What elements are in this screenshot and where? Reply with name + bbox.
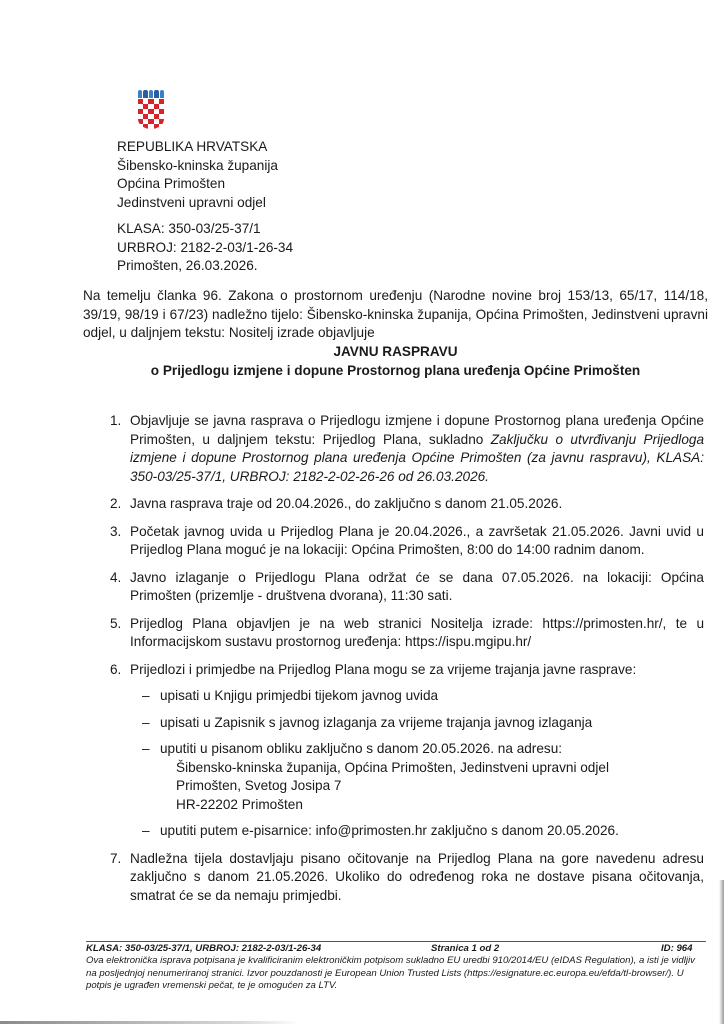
dash-bullet: – (142, 740, 150, 759)
sub-item-text: uputiti u pisanom obliku zaključno s dan… (160, 741, 562, 756)
address-line: Primošten, Svetog Josipa 7 (176, 777, 704, 796)
item-number: 6. (110, 661, 121, 680)
list-item: 3. Početak javnog uvida u Prijedlog Plan… (104, 523, 704, 560)
footer-klasa: KLASA: 350-03/25-37/1, URBROJ: 2182-2-03… (86, 943, 431, 955)
dash-bullet: – (142, 714, 150, 733)
item-text: Prijedlozi i primjedbe na Prijedlog Plan… (130, 661, 704, 680)
list-item: 1. Objavljuje se javna rasprava o Prijed… (104, 412, 704, 486)
intro-paragraph: Na temelju članka 96. Zakona o prostorno… (83, 287, 708, 343)
issuer-department: Jedinstveni upravni odjel (117, 194, 293, 213)
scan-edge-shadow (719, 880, 724, 1024)
address-line: Šibensko-kninska županija, Općina Primoš… (176, 759, 704, 778)
sub-item-text: upisati u Knjigu primjedbi tijekom javno… (160, 688, 438, 703)
item-number: 3. (110, 523, 121, 542)
item-number: 4. (110, 569, 121, 588)
item-text: Prijedlog Plana objavljen je na web stra… (130, 615, 704, 652)
issuer-country: REPUBLIKA HRVATSKA (117, 138, 293, 157)
item-text: Nadležna tijela dostavljaju pisano očito… (130, 850, 704, 906)
title-main: JAVNU RASPRAVU (83, 342, 708, 361)
signature-notice: Ova elektronička isprava potpisana je kv… (86, 955, 706, 992)
document-title: JAVNU RASPRAVU o Prijedlogu izmjene i do… (83, 342, 708, 380)
list-item: 4. Javno izlaganje o Prijedlogu Plana od… (104, 569, 704, 606)
item-number: 5. (110, 615, 121, 634)
sub-item-text: upisati u Zapisnik s javnog izlaganja za… (160, 715, 592, 730)
sub-list-item: – upisati u Zapisnik s javnog izlaganja … (130, 714, 704, 733)
item-number: 1. (110, 412, 121, 431)
document-id: ID: 964 (661, 943, 706, 955)
sub-list-item: – uputiti u pisanom obliku zaključno s d… (130, 740, 704, 814)
sub-list-item: – upisati u Knjigu primjedbi tijekom jav… (130, 687, 704, 706)
page-footer: KLASA: 350-03/25-37/1, URBROJ: 2182-2-03… (86, 941, 706, 992)
issuer-municipality: Općina Primošten (117, 175, 293, 194)
item-text: Javna rasprava traje od 20.04.2026., do … (130, 495, 704, 514)
item-number: 2. (110, 495, 121, 514)
numbered-list: 1. Objavljuje se javna rasprava o Prijed… (104, 412, 704, 914)
place-date: Primošten, 26.03.2026. (117, 257, 293, 276)
page-number: Stranica 1 od 2 (431, 943, 661, 955)
item-text: Javno izlaganje o Prijedlogu Plana održa… (130, 569, 704, 606)
croatian-coat-of-arms-icon (138, 90, 164, 132)
item-text: Početak javnog uvida u Prijedlog Plana j… (130, 523, 704, 560)
list-item: 6. Prijedlozi i primjedbe na Prijedlog P… (104, 661, 704, 841)
sub-item-text: uputiti putem e-pisarnice: info@primoste… (160, 823, 619, 838)
sub-list-item: – uputiti putem e-pisarnice: info@primos… (130, 822, 704, 841)
list-item: 7. Nadležna tijela dostavljaju pisano oč… (104, 850, 704, 906)
issuer-header: REPUBLIKA HRVATSKA Šibensko-kninska župa… (117, 138, 293, 276)
dash-bullet: – (142, 822, 150, 841)
klasa-ref: KLASA: 350-03/25-37/1 (117, 220, 293, 239)
sub-list: – upisati u Knjigu primjedbi tijekom jav… (130, 687, 704, 841)
issuer-county: Šibensko-kninska županija (117, 157, 293, 176)
address-line: HR-22202 Primošten (176, 796, 704, 815)
list-item: 2. Javna rasprava traje od 20.04.2026., … (104, 495, 704, 514)
title-sub: o Prijedlogu izmjene i dopune Prostornog… (83, 361, 708, 380)
postal-address: Šibensko-kninska županija, Općina Primoš… (160, 759, 704, 815)
urbroj-ref: URBROJ: 2182-2-03/1-26-34 (117, 239, 293, 258)
list-item: 5. Prijedlog Plana objavljen je na web s… (104, 615, 704, 652)
item-number: 7. (110, 850, 121, 869)
document-page: REPUBLIKA HRVATSKA Šibensko-kninska župa… (0, 0, 724, 1024)
dash-bullet: – (142, 687, 150, 706)
